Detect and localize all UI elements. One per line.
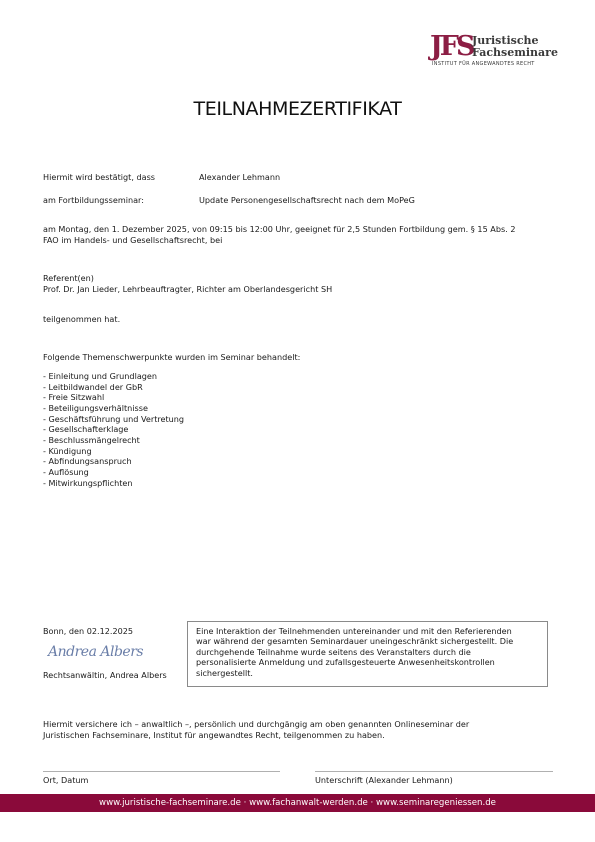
logo-name-line2: Fachseminare <box>472 46 558 59</box>
place-date-line <box>43 771 280 772</box>
issue-place-date: Bonn, den 02.12.2025 <box>43 626 133 636</box>
topic-item: - Auflösung <box>43 467 184 478</box>
place-date-label: Ort, Datum <box>43 775 88 785</box>
attendance-notice-box: Eine Interaktion der Teilnehmenden unter… <box>187 621 548 687</box>
details-line1: am Montag, den 1. Dezember 2025, von 09:… <box>43 224 515 234</box>
issuer-signature: Andrea Albers <box>48 644 143 660</box>
attended-text: teilgenommen hat. <box>43 314 120 324</box>
signature-label: Unterschrift (Alexander Lehmann) <box>315 775 453 785</box>
topic-item: - Abfindungsanspruch <box>43 456 184 467</box>
topic-item: - Gesellschafterklage <box>43 424 184 435</box>
topics-list: - Einleitung und Grundlagen - Leitbildwa… <box>43 371 184 488</box>
certificate-title: TEILNAHMEZERTIFIKAT <box>0 98 595 120</box>
footer-bar: www.juristische-fachseminare.de · www.fa… <box>0 794 595 812</box>
declaration-line1: Hiermit versichere ich – anwaltlich –, p… <box>43 719 469 729</box>
speaker-name: Prof. Dr. Jan Lieder, Lehrbeauftragter, … <box>43 284 332 294</box>
footer-links: www.juristische-fachseminare.de · www.fa… <box>99 798 496 808</box>
participant-name: Alexander Lehmann <box>199 172 280 182</box>
logo-subtitle: INSTITUT FÜR ANGEWANDTES RECHT <box>432 61 535 67</box>
logo: JFS Juristische Fachseminare INSTITUT FÜ… <box>430 32 590 72</box>
issuer-signer: Rechtsanwältin, Andrea Albers <box>43 670 167 680</box>
seminar-name: Update Personengesellschaftsrecht nach d… <box>199 195 415 205</box>
attendance-notice-text: Eine Interaktion der Teilnehmenden unter… <box>196 626 547 678</box>
topic-item: - Mitwirkungspflichten <box>43 478 184 489</box>
topic-item: - Geschäftsführung und Vertretung <box>43 414 184 425</box>
speaker-heading: Referent(en) <box>43 273 94 283</box>
topic-item: - Beschlussmängelrecht <box>43 435 184 446</box>
topics-heading: Folgende Themenschwerpunkte wurden im Se… <box>43 352 300 362</box>
logo-name: Juristische Fachseminare <box>472 35 558 59</box>
confirm-label: Hiermit wird bestätigt, dass <box>43 172 155 182</box>
topic-item: - Einleitung und Grundlagen <box>43 371 184 382</box>
topic-item: - Freie Sitzwahl <box>43 392 184 403</box>
topic-item: - Leitbildwandel der GbR <box>43 382 184 393</box>
logo-mark: JFS <box>430 32 472 62</box>
signature-line <box>315 771 553 772</box>
declaration-line2: Juristischen Fachseminare, Institut für … <box>43 730 385 740</box>
topic-item: - Beteiligungsverhältnisse <box>43 403 184 414</box>
topic-item: - Kündigung <box>43 446 184 457</box>
seminar-label: am Fortbildungsseminar: <box>43 195 144 205</box>
details-line2: FAO im Handels- und Gesellschaftsrecht, … <box>43 235 222 245</box>
